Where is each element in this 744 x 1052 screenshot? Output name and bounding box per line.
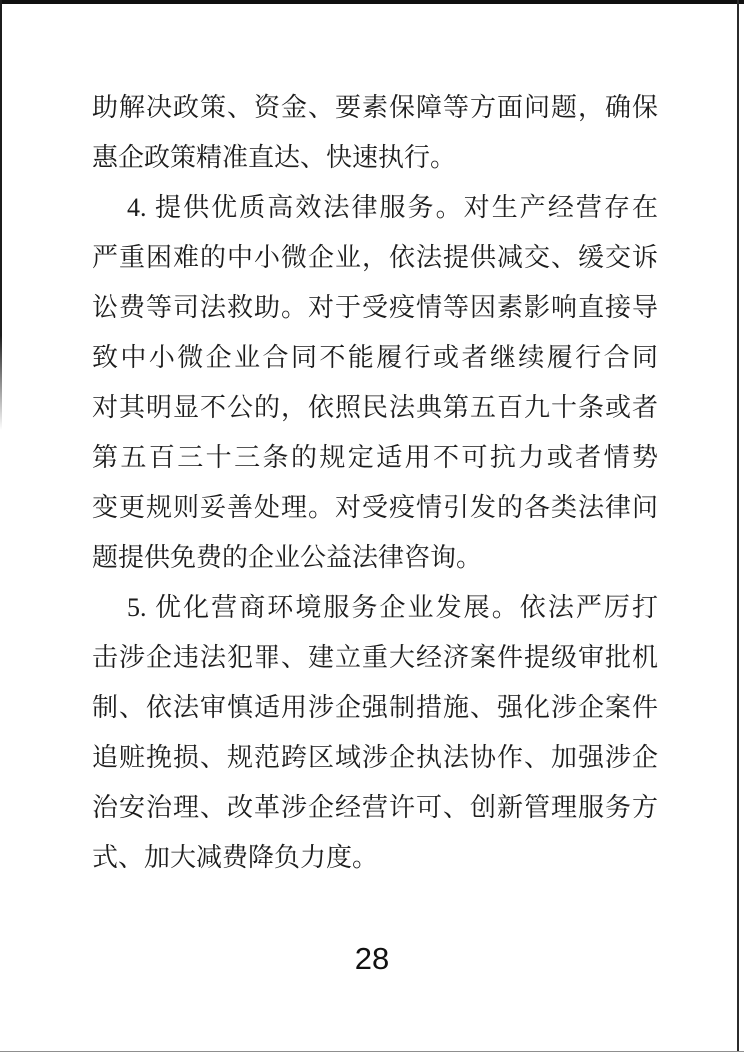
text-line: 击涉企违法犯罪、建立重大经济案件提级审批机 — [92, 633, 658, 683]
text-line: 严重困难的中小微企业，依法提供减交、缓交诉 — [92, 233, 658, 283]
text-line: 对其明显不公的，依照民法典第五百九十条或者 — [92, 383, 658, 433]
text-line-paragraph-start: 5. 优化营商环境服务企业发展。依法严厉打 — [92, 583, 658, 633]
text-line: 致中小微企业合同不能履行或者继续履行合同 — [92, 333, 658, 383]
text-line: 题提供免费的企业公益法律咨询。 — [92, 533, 658, 583]
text-line: 式、加大减费降负力度。 — [92, 833, 658, 883]
scanned-document-page: 助解决政策、资金、要素保障等方面问题，确保 惠企政策精准直达、快速执行。 4. … — [0, 0, 744, 1052]
text-line: 助解决政策、资金、要素保障等方面问题，确保 — [92, 83, 658, 133]
text-line: 治安治理、改革涉企经营许可、创新管理服务方 — [92, 783, 658, 833]
page-border-top — [0, 0, 744, 4]
text-line: 追赃挽损、规范跨区域涉企执法协作、加强涉企 — [92, 733, 658, 783]
page-border-right — [737, 0, 739, 1052]
body-text: 助解决政策、资金、要素保障等方面问题，确保 惠企政策精准直达、快速执行。 4. … — [92, 83, 658, 883]
text-line: 讼费等司法救助。对于受疫情等因素影响直接导 — [92, 283, 658, 333]
text-line: 变更规则妥善处理。对受疫情引发的各类法律问 — [92, 483, 658, 533]
text-line: 惠企政策精准直达、快速执行。 — [92, 133, 658, 183]
text-line-paragraph-start: 4. 提供优质高效法律服务。对生产经营存在 — [92, 183, 658, 233]
page-border-left — [0, 0, 2, 430]
text-line: 制、依法审慎适用涉企强制措施、强化涉企案件 — [92, 683, 658, 733]
page-number: 28 — [0, 941, 744, 977]
text-line: 第五百三十三条的规定适用不可抗力或者情势 — [92, 433, 658, 483]
